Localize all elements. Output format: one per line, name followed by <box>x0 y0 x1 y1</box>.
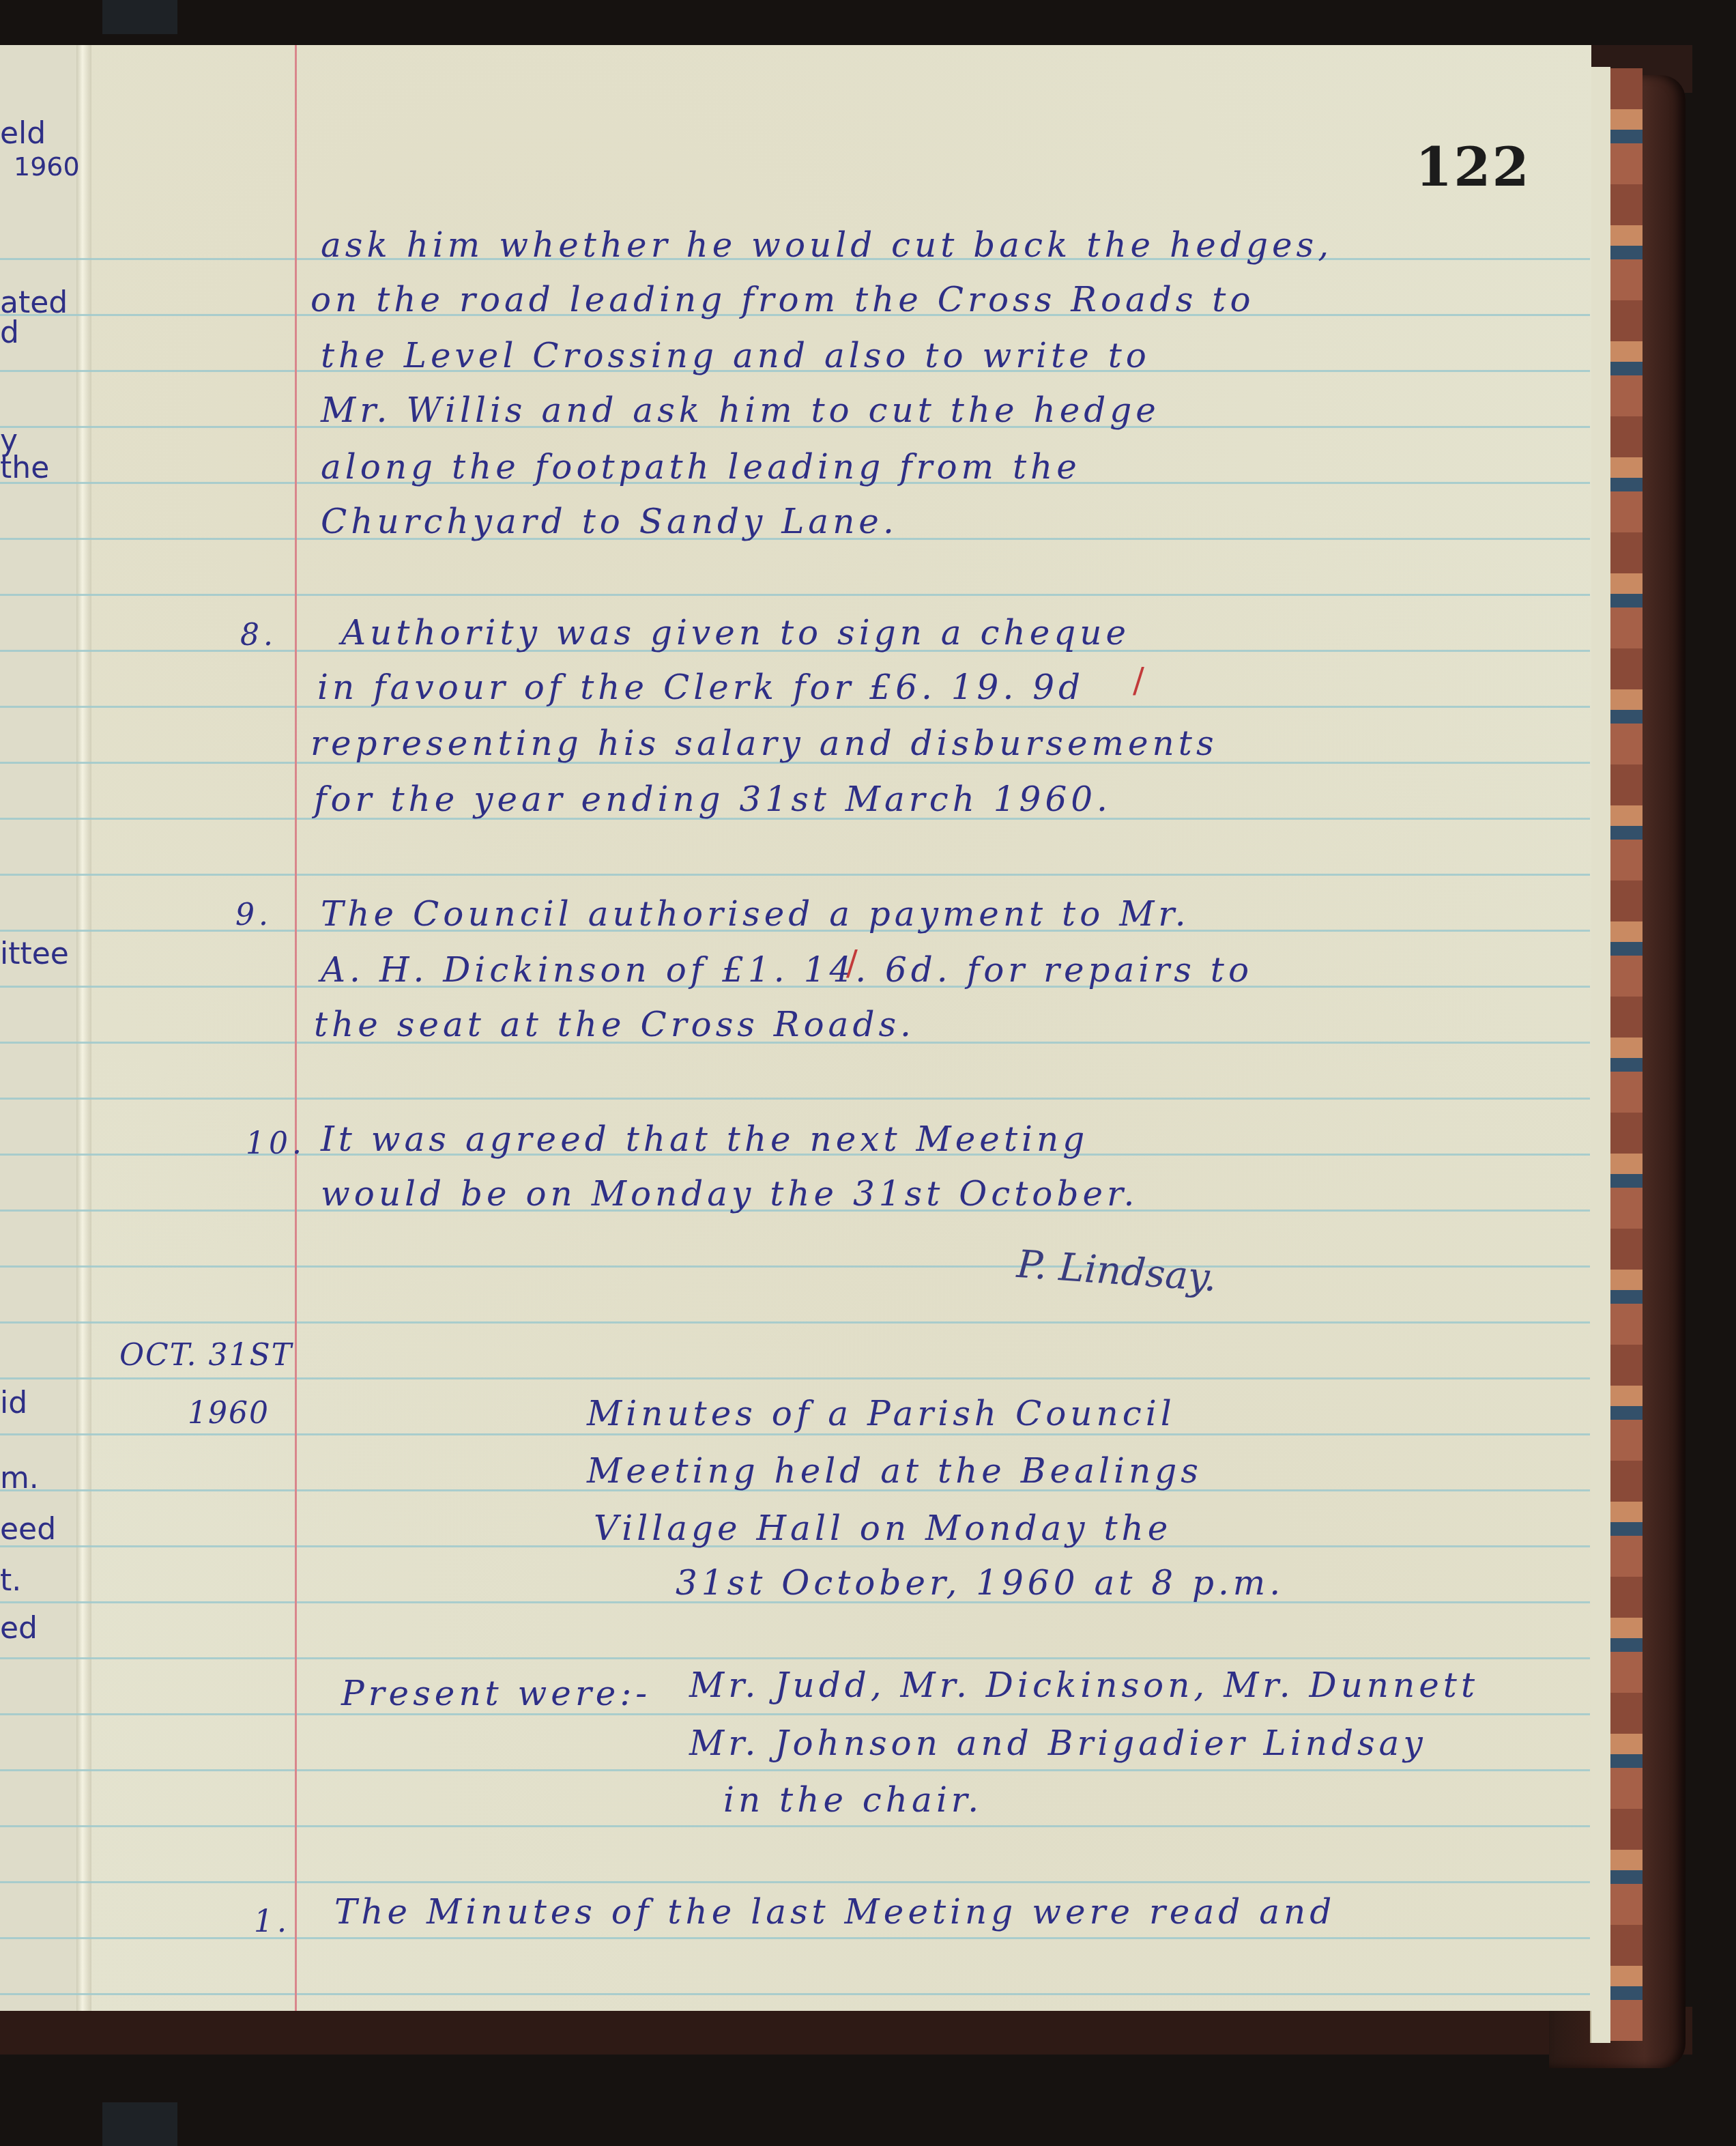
text-line: It was agreed that the next Meeting <box>321 1119 1088 1159</box>
rule-line <box>0 1825 1590 1827</box>
present-label: Present were:- <box>341 1674 651 1713</box>
present-line: Mr. Judd, Mr. Dickinson, Mr. Dunnett <box>689 1665 1479 1705</box>
left-page-fragment: ed <box>0 1611 38 1646</box>
text-line: ask him whether he would cut back the he… <box>321 225 1333 265</box>
rule-line <box>0 1433 1590 1435</box>
present-line: in the chair. <box>723 1780 983 1820</box>
page-stack <box>1590 67 1610 2043</box>
rule-line <box>0 594 1590 596</box>
item-number: 9. <box>235 898 272 932</box>
left-page-fragment: t. <box>0 1563 21 1598</box>
rule-line <box>0 1657 1590 1659</box>
page-gutter <box>76 45 91 2011</box>
rule-line <box>0 1937 1590 1939</box>
left-page-fragment: m. <box>0 1461 39 1496</box>
backdrop <box>102 2102 177 2146</box>
rule-line <box>0 1769 1590 1771</box>
text-line: would be on Monday the 31st October. <box>321 1174 1138 1214</box>
rule-line <box>0 1881 1590 1883</box>
page-edges <box>1607 68 1643 2041</box>
left-page-fragment: eld <box>0 116 46 151</box>
rule-line <box>0 1377 1590 1379</box>
left-page-fragment: 1960 <box>14 152 80 182</box>
heading-line: Meeting held at the Bealings <box>587 1451 1202 1491</box>
text-line: for the year ending 31st March 1960. <box>314 779 1112 819</box>
text-line: on the road leading from the Cross Roads… <box>310 280 1255 319</box>
text-line: Churchyard to Sandy Lane. <box>321 502 898 541</box>
red-tick-mark: / <box>1133 661 1148 700</box>
present-line: Mr. Johnson and Brigadier Lindsay <box>689 1723 1427 1763</box>
rule-line <box>0 874 1590 876</box>
page-number: 122 <box>1415 137 1531 199</box>
left-page-fragment: the <box>0 450 49 485</box>
text-line: representing his salary and disbursement… <box>310 724 1218 763</box>
item-number: 1. <box>254 1904 291 1939</box>
text-line: The Minutes of the last Meeting were rea… <box>334 1892 1335 1932</box>
left-page-fragment: d <box>0 315 19 350</box>
date-line: OCT. 31ST <box>119 1338 293 1373</box>
date-year: 1960 <box>188 1396 270 1431</box>
text-line: in favour of the Clerk for £6. 19. 9d <box>317 668 1084 707</box>
heading-line: Minutes of a Parish Council <box>587 1394 1176 1433</box>
item-number: 10. <box>246 1126 306 1161</box>
text-line: the Level Crossing and also to write to <box>321 336 1151 375</box>
heading-line: 31st October, 1960 at 8 p.m. <box>676 1563 1284 1603</box>
left-page-fragment: id <box>0 1386 27 1420</box>
rule-line <box>0 1993 1590 1995</box>
text-line: The Council authorised a payment to Mr. <box>321 894 1190 934</box>
text-line: A. H. Dickinson of £1. 14. 6d. for repai… <box>321 950 1253 990</box>
left-page-fragment: ittee <box>0 936 69 971</box>
text-line: Mr. Willis and ask him to cut the hedge <box>321 390 1160 430</box>
book-cover-bottom <box>0 2007 1692 2055</box>
rule-line <box>0 1265 1590 1268</box>
item-number: 8. <box>240 618 277 653</box>
text-line: Authority was given to sign a cheque <box>341 613 1130 653</box>
margin-line <box>295 45 297 2011</box>
backdrop <box>102 0 177 34</box>
text-line: along the footpath leading from the <box>321 447 1081 487</box>
text-line: the seat at the Cross Roads. <box>314 1005 915 1044</box>
rule-line <box>0 1713 1590 1715</box>
heading-line: Village Hall on Monday the <box>594 1508 1172 1548</box>
red-tick-mark: / <box>846 943 862 983</box>
rule-line <box>0 1321 1590 1324</box>
rule-line <box>0 1098 1590 1100</box>
left-page-fragment: eed <box>0 1512 56 1547</box>
